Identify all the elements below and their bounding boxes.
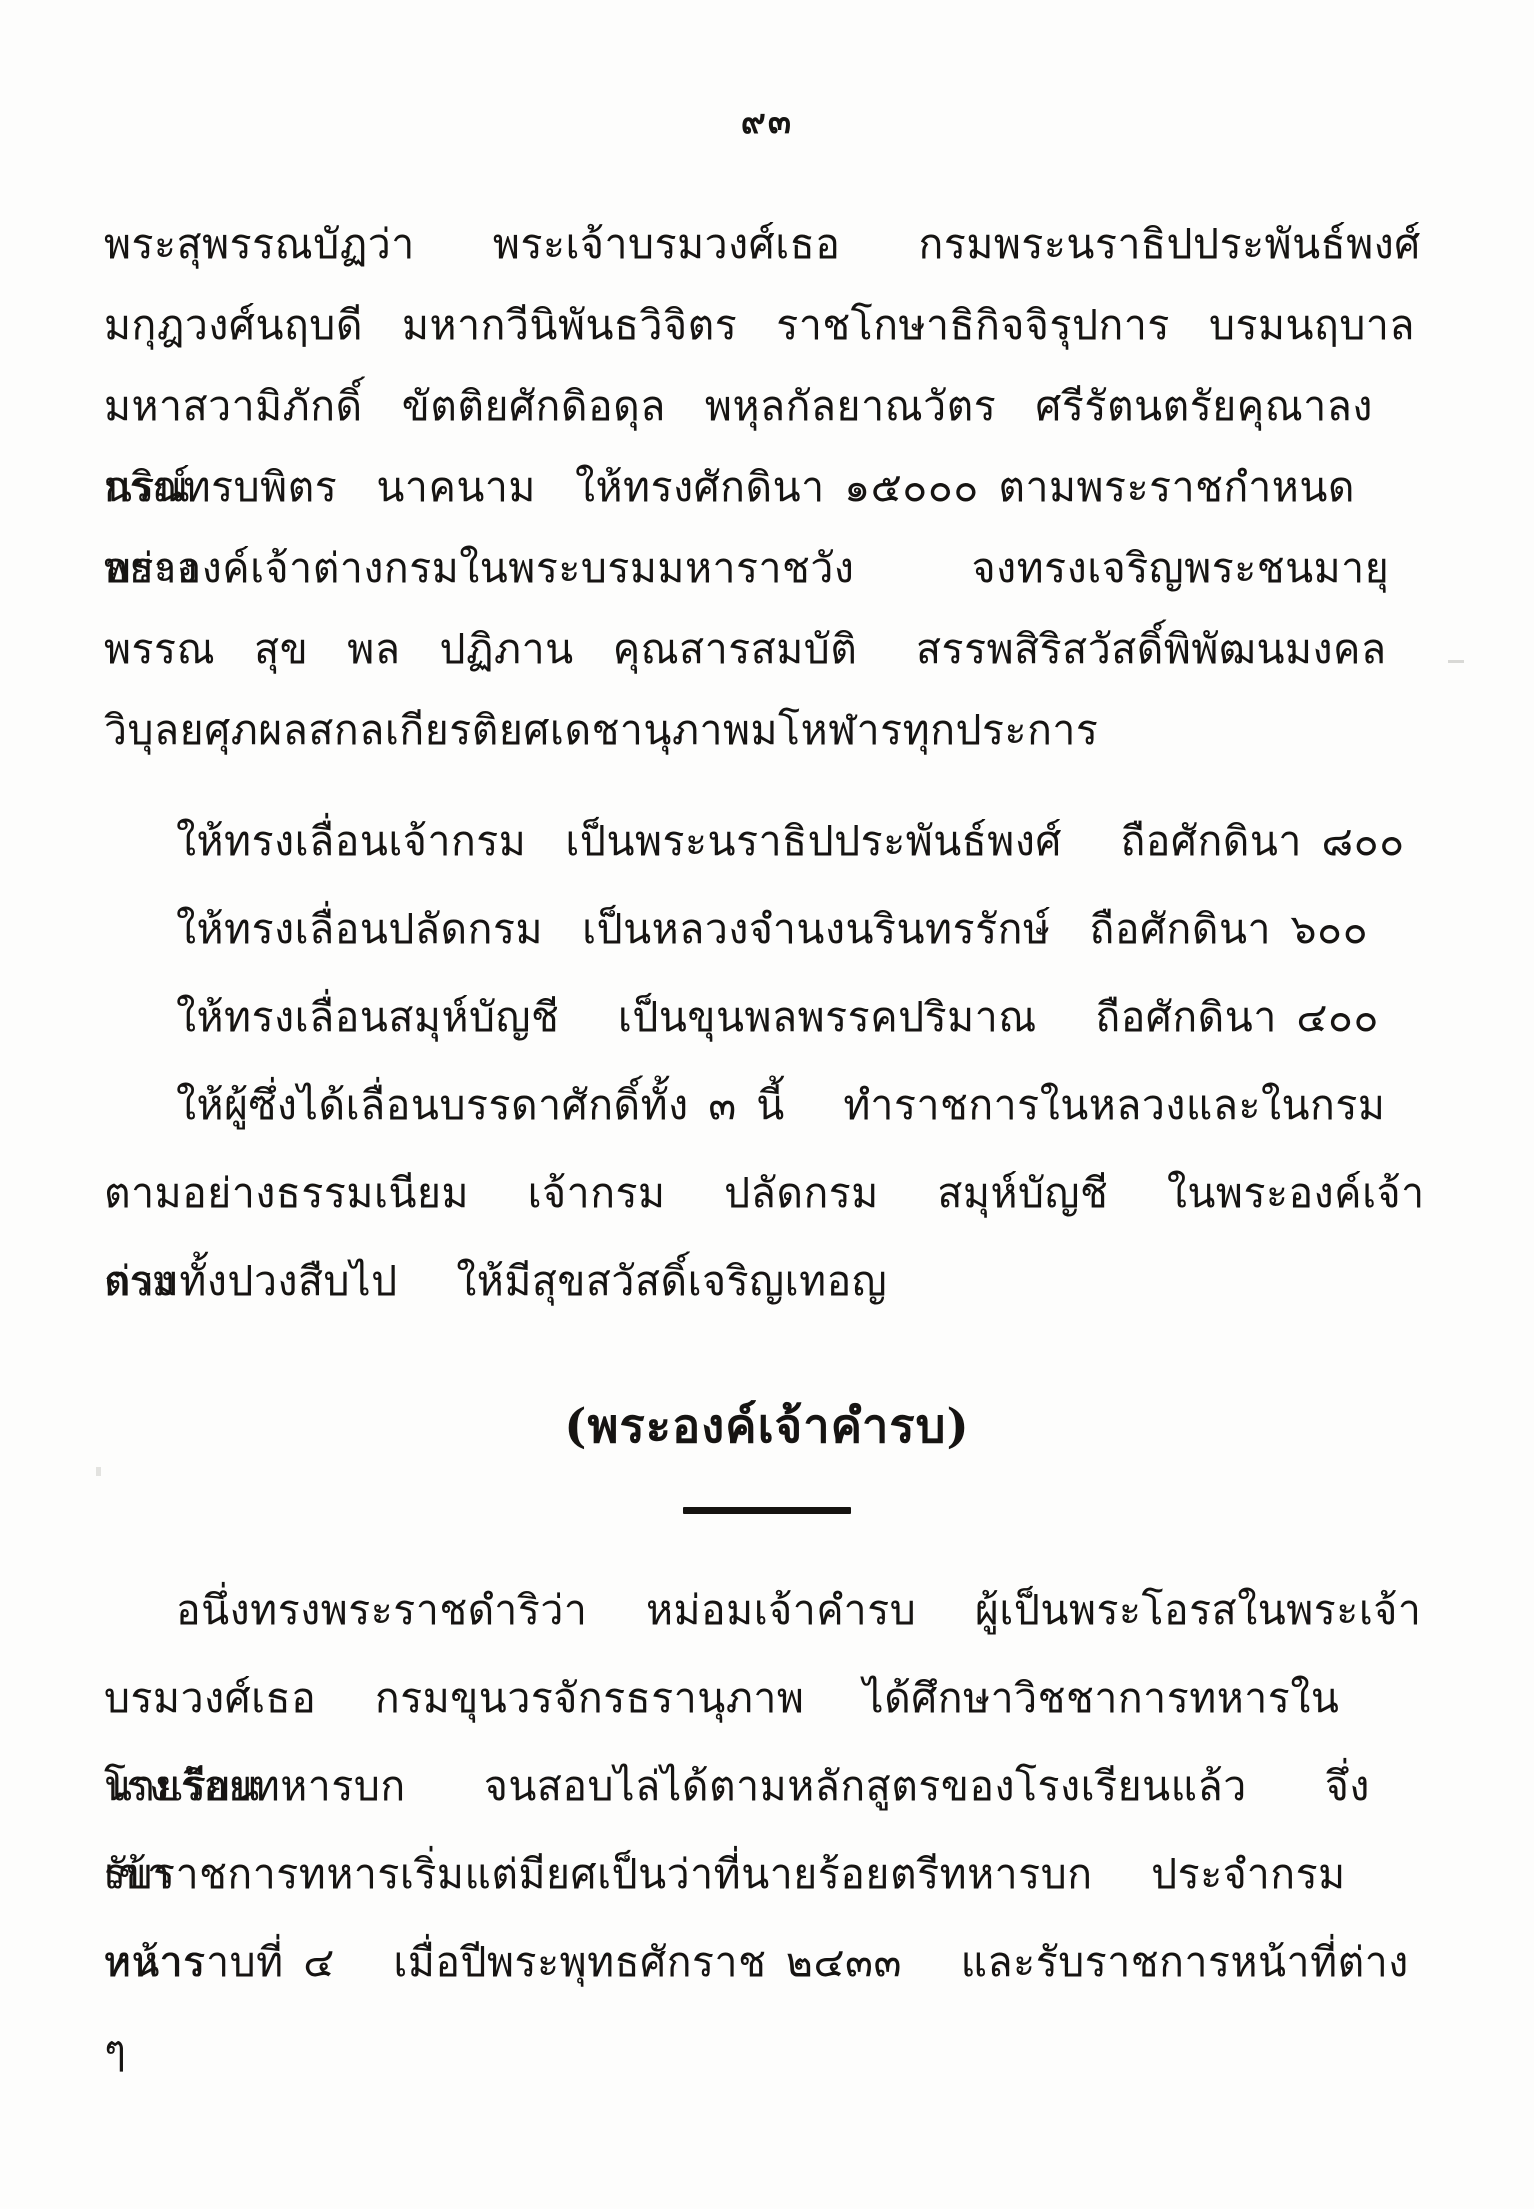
text-line: หน้าราบที่ ๔ เมื่อปีพระพุทธศักราช ๒๔๓๓ แ…	[104, 1918, 1430, 2006]
text-line: พระองค์เจ้าต่างกรมในพระบรมมหาราชวัง จงทร…	[104, 528, 1430, 609]
text-line: นายร้อยทหารบก จนสอบไล่ได้ตามหลักสูตรของโ…	[104, 1742, 1430, 1830]
text-line: พรรณ สุข พล ปฏิภาน คุณสารสมบัติ สรรพสิริ…	[104, 609, 1430, 690]
text-line: ให้ทรงเลื่อนสมุห์บัญชี เป็นขุนพลพรรคปริม…	[104, 973, 1430, 1061]
text-line: ให้ทรงเลื่อนปลัดกรม เป็นหลวงจำนงนรินทรรั…	[104, 885, 1430, 973]
text-line: มหาสวามิภักดิ์ ขัตติยศักดิอดุล พหุลกัลยา…	[104, 366, 1430, 447]
scanned-document-page: ๙๓ พระสุพรรณบัฏว่า พระเจ้าบรมวงศ์เธอ กรม…	[0, 0, 1534, 2209]
paragraph-kamrop: อนึ่งทรงพระราชดำริว่า หม่อมเจ้าคำรบ ผู้เ…	[104, 1566, 1430, 2006]
paragraph-promotions: ให้ทรงเลื่อนเจ้ากรม เป็นพระนราธิปประพันธ…	[104, 797, 1430, 1325]
text-line: นรินทรบพิตร นาคนาม ให้ทรงศักดินา ๑๕๐๐๐ ต…	[104, 447, 1430, 528]
scan-artifact	[1448, 660, 1464, 663]
text-line: ให้ผู้ซึ่งได้เลื่อนบรรดาศักดิ์ทั้ง ๓ นี้…	[104, 1061, 1430, 1149]
text-line: กรมทั้งปวงสืบไป ให้มีสุขสวัสดิ์เจริญเทอญ	[104, 1237, 1430, 1325]
section-divider-rule	[683, 1507, 851, 1514]
scan-artifact	[96, 1467, 101, 1476]
text-line: ตามอย่างธรรมเนียม เจ้ากรม ปลัดกรม สมุห์บ…	[104, 1149, 1430, 1237]
text-line: บรมวงศ์เธอ กรมขุนวรจักรธรานุภาพ ได้ศึกษา…	[104, 1654, 1430, 1742]
text-line: วิบุลยศุภผลสกลเกียรติยศเดชานุภาพมโหฬารทุ…	[104, 690, 1430, 771]
section-heading-kamrop: (พระองค์เจ้าคำรบ)	[104, 1399, 1430, 1455]
page-number: ๙๓	[104, 98, 1430, 156]
text-line: รับราชการทหารเริ่มแต่มียศเป็นว่าที่นายร้…	[104, 1830, 1430, 1918]
text-line: พระสุพรรณบัฏว่า พระเจ้าบรมวงศ์เธอ กรมพระ…	[104, 204, 1430, 285]
text-line: ให้ทรงเลื่อนเจ้ากรม เป็นพระนราธิปประพันธ…	[104, 797, 1430, 885]
text-line: มกุฎวงศ์นฤบดี มหากวีนิพันธวิจิตร ราชโกษา…	[104, 285, 1430, 366]
text-line: อนึ่งทรงพระราชดำริว่า หม่อมเจ้าคำรบ ผู้เ…	[104, 1566, 1430, 1654]
paragraph-royal-title: พระสุพรรณบัฏว่า พระเจ้าบรมวงศ์เธอ กรมพระ…	[104, 204, 1430, 771]
